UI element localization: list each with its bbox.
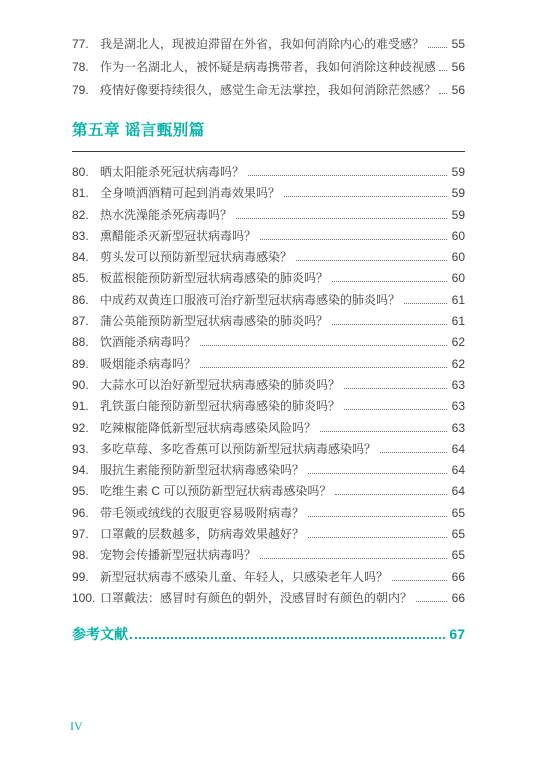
toc-entry-number: 89. — [72, 354, 100, 375]
toc-entry[interactable]: 94. 服抗生素能预防新型冠状病毒感染吗？ 64 — [72, 460, 465, 481]
toc-leader-dots — [332, 281, 447, 282]
toc-entry-number: 81. — [72, 183, 100, 204]
toc-entry[interactable]: 90. 大蒜水可以治好新型冠状病毒感染的肺炎吗？ 63 — [72, 375, 465, 396]
toc-entry-page: 60 — [451, 268, 465, 289]
page-number: IV — [70, 719, 83, 734]
toc-entry-title: 带毛领或绒线的衣服更容易吸附病毒？ — [100, 503, 304, 524]
toc-entry[interactable]: 78. 作为一名湖北人，被怀疑是病毒携带者，我如何消除这种歧视感？ 56 — [72, 56, 465, 79]
toc-entry-title: 板蓝根能预防新型冠状病毒感染的肺炎吗？ — [100, 268, 328, 289]
toc-leader-dots — [248, 175, 447, 176]
toc-leader-dots — [344, 388, 447, 389]
toc-entry-page: 65 — [451, 524, 465, 545]
toc-leader-dots — [200, 345, 447, 346]
toc-entry-title: 多吃草莓、多吃香蕉可以预防新型冠状病毒感染吗？ — [100, 439, 376, 460]
toc-entry-page: 66 — [451, 588, 465, 609]
toc-pre-list: 77. 我是湖北人，现被迫滞留在外省，我如何消除内心的难受感？ 55 78. 作… — [72, 33, 465, 102]
toc-entry-title: 饮酒能杀病毒吗？ — [100, 332, 196, 353]
toc-entry[interactable]: 81. 全身喷洒酒精可起到消毒效果吗？ 59 — [72, 183, 465, 204]
toc-entry-title: 乳铁蛋白能预防新型冠状病毒感染的肺炎吗？ — [100, 396, 340, 417]
toc-entry[interactable]: 86. 中成药双黄连口服液可治疗新型冠状病毒感染的肺炎吗？ 61 — [72, 290, 465, 311]
toc-entry-number: 97. — [72, 524, 100, 545]
toc-entry-number: 86. — [72, 290, 100, 311]
chapter-title[interactable]: 第五章 谣言甄别篇 — [72, 120, 465, 142]
toc-entry-number: 83. — [72, 226, 100, 247]
toc-entry[interactable]: 95. 吃维生素 C 可以预防新型冠状病毒感染吗？ 64 — [72, 481, 465, 502]
toc-entry[interactable]: 97. 口罩戴的层数越多，防病毒效果越好？ 65 — [72, 524, 465, 545]
toc-leader-dots — [308, 473, 447, 474]
references-page: 67 — [449, 623, 465, 645]
toc-entry-page: 60 — [451, 247, 465, 268]
toc-entry-title: 全身喷洒酒精可起到消毒效果吗？ — [100, 183, 280, 204]
toc-entry-number: 90. — [72, 375, 100, 396]
toc-entry[interactable]: 89. 吸烟能杀病毒吗？ 62 — [72, 354, 465, 375]
toc-entry-number: 92. — [72, 418, 100, 439]
toc-leader-dots — [392, 580, 447, 581]
toc-leader-dots — [344, 409, 447, 410]
toc-entry-page: 65 — [451, 545, 465, 566]
toc-entry-title: 作为一名湖北人，被怀疑是病毒携带者，我如何消除这种歧视感？ — [100, 56, 435, 79]
toc-leader-dots — [308, 537, 447, 538]
toc-entry-page: 62 — [451, 354, 465, 375]
toc-entry[interactable]: 83. 熏醋能杀灭新型冠状病毒吗？ 60 — [72, 226, 465, 247]
toc-entry-page: 59 — [451, 183, 465, 204]
toc-leader-dots — [260, 558, 447, 559]
toc-entry-number: 100. — [72, 588, 100, 609]
toc-entry[interactable]: 93. 多吃草莓、多吃香蕉可以预防新型冠状病毒感染吗？ 64 — [72, 439, 465, 460]
toc-entry[interactable]: 85. 板蓝根能预防新型冠状病毒感染的肺炎吗？ 60 — [72, 268, 465, 289]
toc-entry-number: 91. — [72, 396, 100, 417]
toc-leader-dots — [335, 494, 447, 495]
toc-entry[interactable]: 84. 剪头发可以预防新型冠状病毒感染？ 60 — [72, 247, 465, 268]
toc-entry-title: 大蒜水可以治好新型冠状病毒感染的肺炎吗？ — [100, 375, 340, 396]
toc-entry[interactable]: 100. 口罩戴法：感冒时有颜色的朝外，没感冒时有颜色的朝内？ 66 — [72, 588, 465, 609]
toc-entry-number: 95. — [72, 481, 100, 502]
toc-entry-title: 我是湖北人，现被迫滞留在外省，我如何消除内心的难受感？ — [100, 33, 424, 56]
toc-entry-title: 口罩戴法：感冒时有颜色的朝外，没感冒时有颜色的朝内？ — [100, 588, 412, 609]
document-page: 77. 我是湖北人，现被迫滞留在外省，我如何消除内心的难受感？ 55 78. 作… — [0, 0, 537, 765]
toc-entry[interactable]: 96. 带毛领或绒线的衣服更容易吸附病毒？ 65 — [72, 503, 465, 524]
toc-entry-number: 98. — [72, 545, 100, 566]
toc-entry-page: 59 — [451, 162, 465, 183]
toc-entry-title: 新型冠状病毒不感染儿童、年轻人，只感染老年人吗？ — [100, 567, 388, 588]
chapter-heading: 第五章 谣言甄别篇 — [72, 120, 465, 152]
toc-entry-page: 64 — [451, 439, 465, 460]
toc-entry-title: 蒲公英能预防新型冠状病毒感染的肺炎吗？ — [100, 311, 328, 332]
toc-entry-number: 93. — [72, 439, 100, 460]
references-leader-dots — [130, 637, 445, 639]
toc-entry-page: 55 — [451, 33, 465, 56]
toc-entry-title: 吸烟能杀病毒吗？ — [100, 354, 196, 375]
toc-entry[interactable]: 87. 蒲公英能预防新型冠状病毒感染的肺炎吗？ 61 — [72, 311, 465, 332]
toc-leader-dots — [439, 93, 447, 94]
toc-entry-page: 62 — [451, 332, 465, 353]
toc-entry[interactable]: 82. 热水洗澡能杀死病毒吗？ 59 — [72, 205, 465, 226]
toc-entry[interactable]: 98. 宠物会传播新型冠状病毒吗？ 65 — [72, 545, 465, 566]
toc-leader-dots — [332, 324, 447, 325]
toc-entry-page: 61 — [451, 311, 465, 332]
toc-entry-page: 61 — [451, 290, 465, 311]
toc-entry-page: 63 — [451, 396, 465, 417]
toc-entry-number: 77. — [72, 33, 100, 56]
toc-leader-dots — [404, 303, 447, 304]
toc-entry-number: 82. — [72, 205, 100, 226]
toc-entry[interactable]: 99. 新型冠状病毒不感染儿童、年轻人，只感染老年人吗？ 66 — [72, 567, 465, 588]
toc-entry-title: 吃辣椒能降低新型冠状病毒感染风险吗？ — [100, 418, 316, 439]
toc-entry-page: 63 — [451, 418, 465, 439]
toc-entry-page: 66 — [451, 567, 465, 588]
toc-entry[interactable]: 91. 乳铁蛋白能预防新型冠状病毒感染的肺炎吗？ 63 — [72, 396, 465, 417]
toc-entry[interactable]: 92. 吃辣椒能降低新型冠状病毒感染风险吗？ 63 — [72, 418, 465, 439]
toc-entry[interactable]: 80. 晒太阳能杀死冠状病毒吗？ 59 — [72, 162, 465, 183]
toc-leader-dots — [296, 260, 447, 261]
toc-entry-title: 疫情好像要持续很久，感觉生命无法掌控，我如何消除茫然感？ — [100, 79, 435, 102]
toc-entry-title: 口罩戴的层数越多，防病毒效果越好？ — [100, 524, 304, 545]
toc-entry-title: 剪头发可以预防新型冠状病毒感染？ — [100, 247, 292, 268]
toc-entry-title: 吃维生素 C 可以预防新型冠状病毒感染吗？ — [100, 481, 331, 502]
toc-entry-page: 60 — [451, 226, 465, 247]
toc-leader-dots — [439, 70, 447, 71]
toc-entry-page: 56 — [451, 56, 465, 79]
toc-entry-number: 79. — [72, 79, 100, 102]
toc-entry-number: 78. — [72, 56, 100, 79]
toc-entry-title: 晒太阳能杀死冠状病毒吗？ — [100, 162, 244, 183]
toc-entry-number: 80. — [72, 162, 100, 183]
toc-entry-number: 88. — [72, 332, 100, 353]
toc-entry-title: 宠物会传播新型冠状病毒吗？ — [100, 545, 256, 566]
toc-entry-number: 84. — [72, 247, 100, 268]
toc-entry-page: 59 — [451, 205, 465, 226]
toc-leader-dots — [320, 431, 447, 432]
toc-entry-number: 96. — [72, 503, 100, 524]
toc-entry-number: 87. — [72, 311, 100, 332]
toc-entry-page: 56 — [451, 79, 465, 102]
toc-entry-title: 熏醋能杀灭新型冠状病毒吗？ — [100, 226, 256, 247]
toc-entry-title: 服抗生素能预防新型冠状病毒感染吗？ — [100, 460, 304, 481]
toc-leader-dots — [236, 218, 447, 219]
toc-leader-dots — [284, 196, 447, 197]
toc-entry-number: 99. — [72, 567, 100, 588]
toc-entry-title: 热水洗澡能杀死病毒吗？ — [100, 205, 232, 226]
toc-leader-dots — [200, 367, 447, 368]
toc-references-entry[interactable]: 参考文献 67 — [72, 623, 465, 645]
toc-leader-dots — [416, 601, 447, 602]
toc-entry[interactable]: 77. 我是湖北人，现被迫滞留在外省，我如何消除内心的难受感？ 55 — [72, 33, 465, 56]
toc-entry-title: 中成药双黄连口服液可治疗新型冠状病毒感染的肺炎吗？ — [100, 290, 400, 311]
toc-entry-page: 64 — [451, 481, 465, 502]
toc-leader-dots — [380, 452, 447, 453]
toc-leader-dots — [428, 47, 447, 48]
toc-entry-page: 65 — [451, 503, 465, 524]
toc-entry[interactable]: 88. 饮酒能杀病毒吗？ 62 — [72, 332, 465, 353]
toc-entry-number: 85. — [72, 268, 100, 289]
toc-entry-number: 94. — [72, 460, 100, 481]
toc-leader-dots — [260, 239, 447, 240]
toc-main-list: 80. 晒太阳能杀死冠状病毒吗？ 59 81. 全身喷洒酒精可起到消毒效果吗？ … — [72, 162, 465, 609]
toc-entry-page: 63 — [451, 375, 465, 396]
toc-content: 77. 我是湖北人，现被迫滞留在外省，我如何消除内心的难受感？ 55 78. 作… — [0, 0, 537, 645]
toc-leader-dots — [308, 516, 447, 517]
toc-entry[interactable]: 79. 疫情好像要持续很久，感觉生命无法掌控，我如何消除茫然感？ 56 — [72, 79, 465, 102]
references-label: 参考文献 — [72, 623, 128, 645]
toc-entry-page: 64 — [451, 460, 465, 481]
